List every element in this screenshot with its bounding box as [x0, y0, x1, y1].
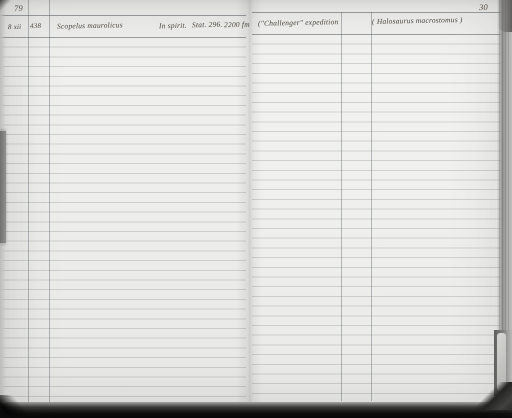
entry-register-number: 438 — [30, 22, 41, 30]
header-rule-right-top — [252, 12, 501, 13]
entry-date: 8 xii — [8, 23, 21, 31]
entry-preservation: In spirit. — [159, 22, 187, 31]
left-edge-clip — [0, 131, 6, 243]
folio-number-right: 30 — [479, 3, 488, 11]
entry-species-name: Scopelus maurolicus — [57, 21, 123, 30]
header-rule-left-bottom — [0, 37, 246, 38]
ruled-lines-left — [2, 38, 246, 404]
header-rule-left-top — [0, 15, 246, 16]
top-left-shadow — [0, 0, 11, 11]
ruled-lines-right — [252, 35, 502, 401]
bottom-left-shadow — [0, 395, 28, 418]
entry-station: Stat. 296. — [192, 21, 223, 30]
gutter-shadow — [236, 0, 262, 406]
column-rule-left-1 — [28, 0, 29, 404]
column-rule-right-2 — [371, 12, 372, 401]
header-rule-right-bottom — [252, 34, 501, 35]
entry-expedition-note: ("Challenger" expedition — [258, 18, 339, 28]
column-rule-left-2 — [49, 0, 50, 404]
column-rule-right-1 — [341, 12, 342, 401]
ledger-photo: 79 30 8 xii 438 Scopelus maurolicus In s… — [0, 0, 512, 418]
fore-edge-page-streaks — [499, 0, 510, 338]
folio-number-left: 79 — [14, 4, 23, 12]
entry-depth: 2200 fm — [224, 21, 250, 30]
book-bottom-edge-shadow — [0, 402, 512, 418]
